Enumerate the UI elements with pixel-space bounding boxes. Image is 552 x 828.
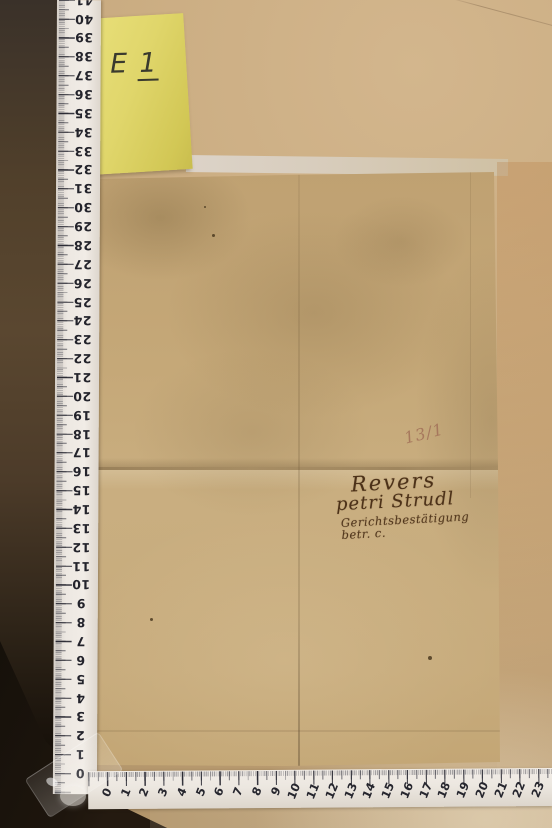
vertical-ruler-number: 7 [68,632,94,650]
vertical-ruler-number: 19 [69,406,95,424]
vertical-ruler-number: 10 [68,575,94,593]
vertical-ruler: 4140393837363534333231302928272625242322… [53,0,101,794]
vertical-ruler-number: 30 [70,198,96,216]
handwriting-block: Revers petri Strudl Gerichtsbestätigung … [334,466,501,542]
ink-speck [428,656,432,660]
vertical-ruler-number: 31 [70,179,96,197]
vertical-ruler-number: 9 [68,594,94,612]
archive-photo: 13/1 Revers petri Strudl Gerichtsbestäti… [0,0,552,828]
vertical-ruler-number: 6 [67,651,93,669]
vertical-ruler-number: 36 [70,85,96,103]
vertical-ruler-number: 24 [69,311,95,329]
vertical-ruler-number: 28 [70,236,96,254]
vertical-ruler-number: 29 [70,217,96,235]
vertical-fold-crease [298,170,300,766]
vertical-ruler-number: 3 [67,707,93,725]
sticky-note-number: 1 [137,48,159,82]
horizontal-ruler: 01234567891011121314151617181920212223 [88,768,552,809]
vertical-ruler-number: 35 [70,104,96,122]
fold-shadow [86,458,500,467]
vertical-ruler-number: 5 [67,670,93,688]
vertical-ruler-number: 37 [71,66,97,84]
vertical-ruler-number: 12 [68,538,94,556]
vertical-ruler-number: 20 [69,387,95,405]
vertical-ruler-number: 34 [70,123,96,141]
vertical-ruler-number: 41 [71,0,97,9]
vertical-ruler-number: 17 [69,443,95,461]
ink-speck [204,206,206,208]
backdrop-crack-line [446,0,552,29]
horizontal-fold-crease-faint [86,730,500,732]
tape-blob [60,786,86,806]
vertical-ruler-number: 23 [69,330,95,348]
ink-speck [212,234,215,237]
vertical-ruler-number: 38 [71,47,97,65]
bottom-margin-highlight [150,806,552,828]
pencil-archive-number: 13/1 [402,419,445,447]
old-document: 13/1 Revers petri Strudl Gerichtsbestäti… [86,170,500,766]
vertical-ruler-number: 22 [69,349,95,367]
vertical-ruler-number: 33 [70,142,96,160]
sticky-note-letter: E [110,48,128,81]
vertical-ruler-number: 4 [67,689,93,707]
vertical-ruler-number: 21 [69,368,95,386]
ink-speck [150,618,153,621]
sticky-note-label: E 1 [110,48,159,82]
right-margin-shading [497,162,552,777]
vertical-ruler-number: 40 [71,10,97,28]
vertical-ruler-number: 18 [69,425,95,443]
vertical-ruler-number: 13 [68,519,94,537]
vertical-ruler-number: 32 [70,161,96,179]
vertical-ruler-number: 25 [69,293,95,311]
vertical-ruler-number: 39 [71,29,97,47]
vertical-ruler-number: 11 [68,557,94,575]
vertical-ruler-number: 16 [68,462,94,480]
vertical-ruler-number: 14 [68,500,94,518]
vertical-ruler-number: 8 [68,613,94,631]
vertical-ruler-number: 27 [70,255,96,273]
vertical-fold-crease-faint [470,170,471,498]
vertical-ruler-number: 26 [69,274,95,292]
vertical-ruler-number: 15 [68,481,94,499]
